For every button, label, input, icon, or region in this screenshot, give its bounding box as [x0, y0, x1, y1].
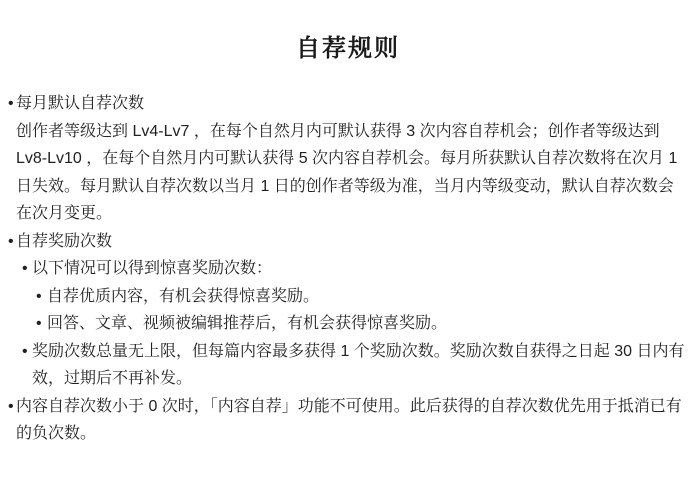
list-item: • 内容自荐次数小于 0 次时，「内容自荐」功能不可使用。此后获得的自荐次数优先…	[8, 393, 688, 448]
bullet-icon: •	[8, 393, 20, 421]
bullet-icon: •	[36, 310, 48, 338]
list-item-text: 自荐奖励次数	[16, 233, 112, 250]
bullet-icon: •	[22, 255, 34, 283]
list-item-text: 自荐优质内容，有机会获得惊喜奖励。	[47, 288, 319, 305]
bullet-icon: •	[8, 90, 20, 118]
list-item: • 自荐奖励次数	[8, 228, 688, 256]
list-item-text: 内容自荐次数小于 0 次时，「内容自荐」功能不可使用。此后获得的自荐次数优先用于…	[16, 398, 682, 443]
bullet-icon: •	[36, 283, 48, 311]
list-item: • 每月默认自荐次数	[8, 90, 688, 118]
list-item-text: 奖励次数总量无上限，但每篇内容最多获得 1 个奖励次数。奖励次数自获得之日起 3…	[32, 343, 684, 388]
list-item-continuation: 创作者等级达到 Lv4-Lv7 ，在每个自然月内可默认获得 3 次内容自荐机会；…	[8, 118, 688, 228]
rules-list: • 每月默认自荐次数 创作者等级达到 Lv4-Lv7 ，在每个自然月内可默认获得…	[8, 90, 688, 448]
list-item: • 自荐优质内容，有机会获得惊喜奖励。	[8, 283, 688, 311]
list-item-text: 每月默认自荐次数	[16, 95, 144, 112]
bullet-icon: •	[22, 338, 34, 366]
list-item-text: 创作者等级达到 Lv4-Lv7 ，在每个自然月内可默认获得 3 次内容自荐机会；…	[16, 123, 677, 223]
document-page: 自荐规则 • 每月默认自荐次数 创作者等级达到 Lv4-Lv7 ，在每个自然月内…	[0, 0, 700, 504]
list-item: • 奖励次数总量无上限，但每篇内容最多获得 1 个奖励次数。奖励次数自获得之日起…	[8, 338, 688, 393]
list-item-text: 回答、文章、视频被编辑推荐后，有机会获得惊喜奖励。	[47, 315, 447, 332]
list-item-text: 以下情况可以得到惊喜奖励次数：	[32, 260, 272, 277]
list-item: • 以下情况可以得到惊喜奖励次数：	[8, 255, 688, 283]
list-item: • 回答、文章、视频被编辑推荐后，有机会获得惊喜奖励。	[8, 310, 688, 338]
page-title: 自荐规则	[8, 34, 688, 64]
bullet-icon: •	[8, 228, 20, 256]
